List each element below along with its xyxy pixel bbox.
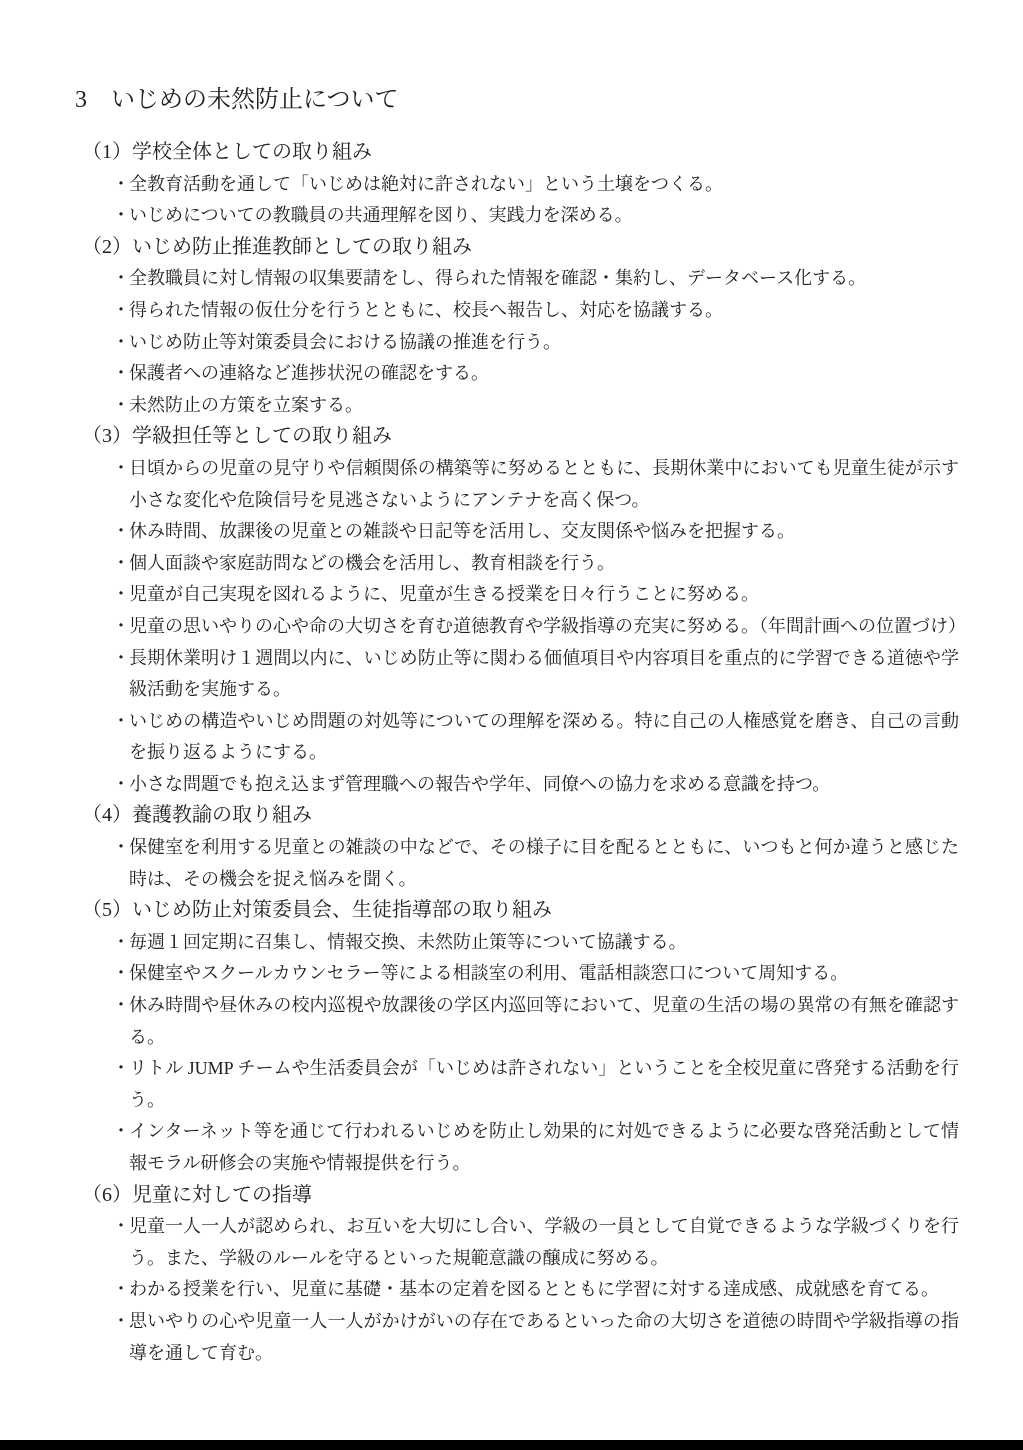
bullet-text: リトル JUMP チームや生活委員会が「いじめは許されない」ということを全校児童… — [129, 1053, 959, 1116]
section-6: （6）児童に対しての指導 ・ 児童一人一人が認められ、お互いを大切にし合い、学級… — [0, 1180, 1023, 1370]
bullet-text: 保健室を利用する児童との雑談の中などで、その様子に目を配るとともに、いつもと何か… — [129, 832, 959, 895]
bullet-item: ・ いじめについての教職員の共通理解を図り、実践力を深める。 — [112, 200, 959, 232]
bottom-black-bar — [0, 1440, 1023, 1450]
bullet-text: 児童一人一人が認められ、お互いを大切にし合い、学級の一員として自覚できるような学… — [129, 1211, 959, 1274]
bullet-item: ・ 児童一人一人が認められ、お互いを大切にし合い、学級の一員として自覚できるよう… — [112, 1211, 959, 1274]
bullet-item: ・ 児童の思いやりの心や命の大切さを育む道徳教育や学級指導の充実に努める。（年間… — [112, 611, 959, 643]
bullet-text: いじめ防止等対策委員会における協議の推進を行う。 — [129, 327, 959, 359]
bullet-marker: ・ — [112, 453, 129, 516]
bullet-item: ・ 得られた情報の仮仕分を行うとともに、校長へ報告し、対応を協議する。 — [112, 295, 959, 327]
section-heading: （2）いじめ防止推進教師としての取り組み — [82, 232, 1023, 264]
bullet-marker: ・ — [112, 643, 129, 706]
document-body: 3 いじめの未然防止について （1）学校全体としての取り組み ・ 全教育活動を通… — [0, 84, 1023, 1369]
bullet-text: 休み時間や昼休みの校内巡視や放課後の学区内巡回等において、児童の生活の場の異常の… — [129, 990, 959, 1053]
bullet-marker: ・ — [112, 927, 129, 959]
section-2: （2）いじめ防止推進教師としての取り組み ・ 全教職員に対し情報の収集要請をし、… — [0, 232, 1023, 422]
bullet-item: ・ 未然防止の方策を立案する。 — [112, 390, 959, 422]
document-page: { "page": { "background_color": "#ffffff… — [0, 0, 1023, 1450]
bullet-marker: ・ — [112, 1211, 129, 1274]
bullet-item: ・ 小さな問題でも抱え込まず管理職への報告や学年、同僚への協力を求める意識を持つ… — [112, 769, 959, 801]
bullet-item: ・ 保護者への連絡など進捗状況の確認をする。 — [112, 358, 959, 390]
bullet-text: 休み時間、放課後の児童との雑談や日記等を活用し、交友関係や悩みを把握する。 — [129, 516, 959, 548]
bullet-marker: ・ — [112, 579, 129, 611]
bullet-item: ・ 休み時間、放課後の児童との雑談や日記等を活用し、交友関係や悩みを把握する。 — [112, 516, 959, 548]
bullet-marker: ・ — [112, 1306, 129, 1369]
bullet-marker: ・ — [112, 1274, 129, 1306]
bullet-item: ・ 個人面談や家庭訪問などの機会を活用し、教育相談を行う。 — [112, 548, 959, 580]
section-heading: （6）児童に対しての指導 — [82, 1180, 1023, 1212]
bullet-text: 保健室やスクールカウンセラー等による相談室の利用、電話相談窓口について周知する。 — [129, 958, 959, 990]
section-4: （4）養護教諭の取り組み ・ 保健室を利用する児童との雑談の中などで、その様子に… — [0, 800, 1023, 895]
bullet-item: ・ 保健室やスクールカウンセラー等による相談室の利用、電話相談窓口について周知す… — [112, 958, 959, 990]
bullet-marker: ・ — [112, 1116, 129, 1179]
bullet-text: 未然防止の方策を立案する。 — [129, 390, 959, 422]
document-title: 3 いじめの未然防止について — [75, 84, 1023, 117]
bullet-marker: ・ — [112, 990, 129, 1053]
bullet-marker: ・ — [112, 611, 129, 643]
section-heading: （4）養護教諭の取り組み — [82, 800, 1023, 832]
bullet-item: ・ 児童が自己実現を図れるように、児童が生きる授業を日々行うことに努める。 — [112, 579, 959, 611]
bullet-text: 全教育活動を通して「いじめは絶対に許されない」という土壌をつくる。 — [129, 169, 959, 201]
bullet-text: 全教職員に対し情報の収集要請をし、得られた情報を確認・集約し、データベース化する… — [129, 263, 959, 295]
section-5: （5）いじめ防止対策委員会、生徒指導部の取り組み ・ 毎週１回定期に召集し、情報… — [0, 895, 1023, 1179]
bullet-marker: ・ — [112, 516, 129, 548]
section-1: （1）学校全体としての取り組み ・ 全教育活動を通して「いじめは絶対に許されない… — [0, 137, 1023, 232]
bullet-item: ・ リトル JUMP チームや生活委員会が「いじめは許されない」ということを全校… — [112, 1053, 959, 1116]
bullet-text: わかる授業を行い、児童に基礎・基本の定着を図るとともに学習に対する達成感、成就感… — [129, 1274, 959, 1306]
bullet-text: 毎週１回定期に召集し、情報交換、未然防止策等について協議する。 — [129, 927, 959, 959]
section-heading: （5）いじめ防止対策委員会、生徒指導部の取り組み — [82, 895, 1023, 927]
bullet-marker: ・ — [112, 958, 129, 990]
bullet-text: 小さな問題でも抱え込まず管理職への報告や学年、同僚への協力を求める意識を持つ。 — [129, 769, 959, 801]
bullet-marker: ・ — [112, 327, 129, 359]
bullet-marker: ・ — [112, 295, 129, 327]
bullet-marker: ・ — [112, 263, 129, 295]
bullet-item: ・ 全教職員に対し情報の収集要請をし、得られた情報を確認・集約し、データベース化… — [112, 263, 959, 295]
bullet-marker: ・ — [112, 548, 129, 580]
bullet-marker: ・ — [112, 706, 129, 769]
bullet-text: 保護者への連絡など進捗状況の確認をする。 — [129, 358, 959, 390]
bullet-item: ・ いじめの構造やいじめ問題の対処等についての理解を深める。特に自己の人権感覚を… — [112, 706, 959, 769]
bullet-text: 児童の思いやりの心や命の大切さを育む道徳教育や学級指導の充実に努める。（年間計画… — [129, 611, 959, 643]
bullet-marker: ・ — [112, 1053, 129, 1116]
bullet-marker: ・ — [112, 390, 129, 422]
bullet-item: ・ 保健室を利用する児童との雑談の中などで、その様子に目を配るとともに、いつもと… — [112, 832, 959, 895]
bullet-item: ・ 日頃からの児童の見守りや信頼関係の構築等に努めるとともに、長期休業中において… — [112, 453, 959, 516]
section-heading: （1）学校全体としての取り組み — [82, 137, 1023, 169]
bullet-item: ・ 休み時間や昼休みの校内巡視や放課後の学区内巡回等において、児童の生活の場の異… — [112, 990, 959, 1053]
bullet-marker: ・ — [112, 169, 129, 201]
bullet-marker: ・ — [112, 358, 129, 390]
bullet-item: ・ いじめ防止等対策委員会における協議の推進を行う。 — [112, 327, 959, 359]
bullet-marker: ・ — [112, 200, 129, 232]
section-heading: （3）学級担任等としての取り組み — [82, 421, 1023, 453]
bullet-item: ・ 思いやりの心や児童一人一人がかけがいの存在であるといった命の大切さを道徳の時… — [112, 1306, 959, 1369]
bullet-text: 得られた情報の仮仕分を行うとともに、校長へ報告し、対応を協議する。 — [129, 295, 959, 327]
bullet-text: 思いやりの心や児童一人一人がかけがいの存在であるといった命の大切さを道徳の時間や… — [129, 1306, 959, 1369]
bullet-text: 長期休業明け１週間以内に、いじめ防止等に関わる価値項目や内容項目を重点的に学習で… — [129, 643, 959, 706]
bullet-text: いじめについての教職員の共通理解を図り、実践力を深める。 — [129, 200, 959, 232]
bullet-text: インターネット等を通じて行われるいじめを防止し効果的に対処できるように必要な啓発… — [129, 1116, 959, 1179]
bullet-marker: ・ — [112, 769, 129, 801]
bullet-item: ・ 全教育活動を通して「いじめは絶対に許されない」という土壌をつくる。 — [112, 169, 959, 201]
bullet-text: 日頃からの児童の見守りや信頼関係の構築等に努めるとともに、長期休業中においても児… — [129, 453, 959, 516]
bullet-item: ・ わかる授業を行い、児童に基礎・基本の定着を図るとともに学習に対する達成感、成… — [112, 1274, 959, 1306]
bullet-item: ・ 長期休業明け１週間以内に、いじめ防止等に関わる価値項目や内容項目を重点的に学… — [112, 643, 959, 706]
bullet-item: ・ 毎週１回定期に召集し、情報交換、未然防止策等について協議する。 — [112, 927, 959, 959]
bullet-text: いじめの構造やいじめ問題の対処等についての理解を深める。特に自己の人権感覚を磨き… — [129, 706, 959, 769]
bullet-text: 児童が自己実現を図れるように、児童が生きる授業を日々行うことに努める。 — [129, 579, 959, 611]
bullet-text: 個人面談や家庭訪問などの機会を活用し、教育相談を行う。 — [129, 548, 959, 580]
bullet-marker: ・ — [112, 832, 129, 895]
section-3: （3）学級担任等としての取り組み ・ 日頃からの児童の見守りや信頼関係の構築等に… — [0, 421, 1023, 800]
bullet-item: ・ インターネット等を通じて行われるいじめを防止し効果的に対処できるように必要な… — [112, 1116, 959, 1179]
